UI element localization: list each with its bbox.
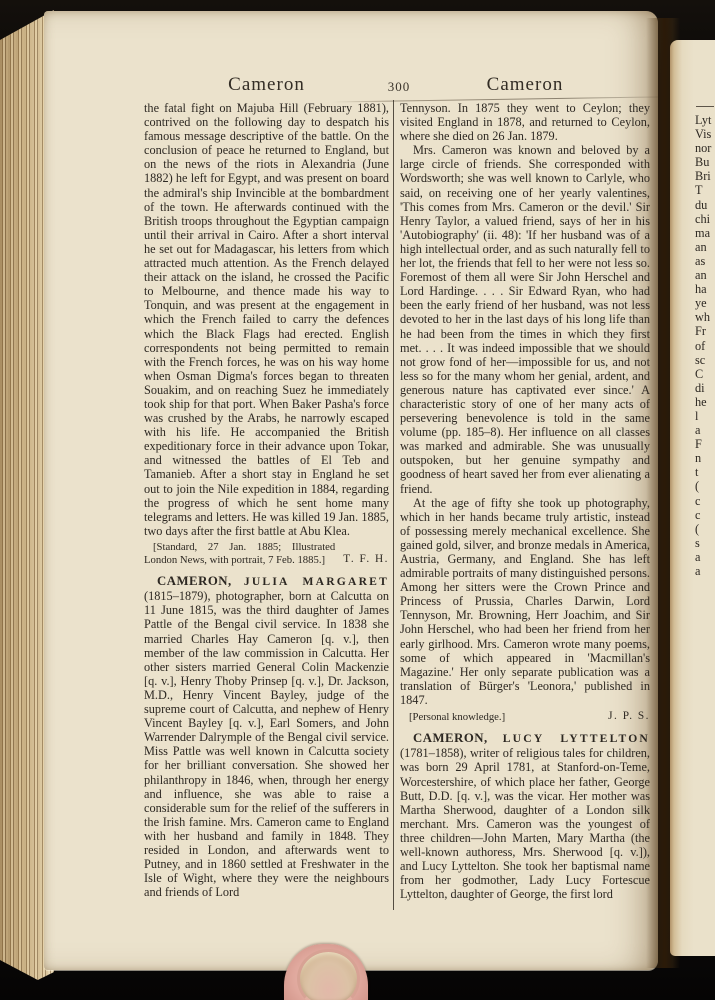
entry-forenames: LUCY LYTTELTON xyxy=(503,732,650,745)
right-text-column: Tennyson. In 1875 they went to Ceylon; t… xyxy=(400,101,650,901)
reader-thumb xyxy=(284,944,368,1000)
entry-body: (1781–1858), writer of religious tales f… xyxy=(400,746,650,901)
body-paragraph: Mrs. Cameron was known and beloved by a … xyxy=(400,143,650,495)
entry-continuation-paragraph: the fatal fight on Majuba Hill (February… xyxy=(144,101,389,538)
entry-lucy-lyttelton-cameron: CAMERON, LUCY LYTTELTON (1781–1858), wri… xyxy=(400,731,650,901)
entry-body: (1815–1879), photographer, born at Calcu… xyxy=(144,589,389,899)
entry-heading: CAMERON, JULIA MARGARET xyxy=(144,574,389,589)
entry-heading: CAMERON, LUCY LYTTELTON xyxy=(400,731,650,746)
running-head-right: Cameron xyxy=(400,74,650,96)
book-photo-scene: Cameron 300 Cameron the fatal fight on M… xyxy=(0,0,715,1000)
entry-continuation-paragraph: Tennyson. In 1875 they went to Ceylon; t… xyxy=(400,101,650,143)
citation-text: [Personal knowledge.] xyxy=(400,711,600,724)
book-page: Cameron 300 Cameron the fatal fight on M… xyxy=(44,11,658,970)
source-citation: [Standard, 27 Jan. 1885; Illustrated Lon… xyxy=(144,541,389,566)
entry-julia-margaret-cameron: CAMERON, JULIA MARGARET (1815–1879), pho… xyxy=(144,574,389,899)
left-text-column: the fatal fight on Majuba Hill (February… xyxy=(144,101,389,899)
next-page-rule-fragment xyxy=(696,106,714,107)
thumb-nail xyxy=(297,949,360,1000)
source-citation: [Personal knowledge.] J. P. S. xyxy=(400,710,650,723)
column-divider-rule xyxy=(393,100,394,910)
next-page-text-fragments: LytVisnorBuBriTduchimaanasanhayewhFrofsc… xyxy=(695,113,714,578)
entry-surname: CAMERON, xyxy=(157,574,232,588)
next-page-sliver: LytVisnorBuBriTduchimaanasanhayewhFrofsc… xyxy=(670,40,715,956)
entry-forenames: JULIA MARGARET xyxy=(244,575,389,588)
author-initials: T. F. H. xyxy=(343,553,389,566)
citation-text: [Standard, 27 Jan. 1885; Illustrated Lon… xyxy=(144,541,335,566)
entry-surname: CAMERON, xyxy=(413,731,488,745)
author-initials: J. P. S. xyxy=(608,710,650,723)
body-paragraph: At the age of fifty she took up photogra… xyxy=(400,496,650,707)
